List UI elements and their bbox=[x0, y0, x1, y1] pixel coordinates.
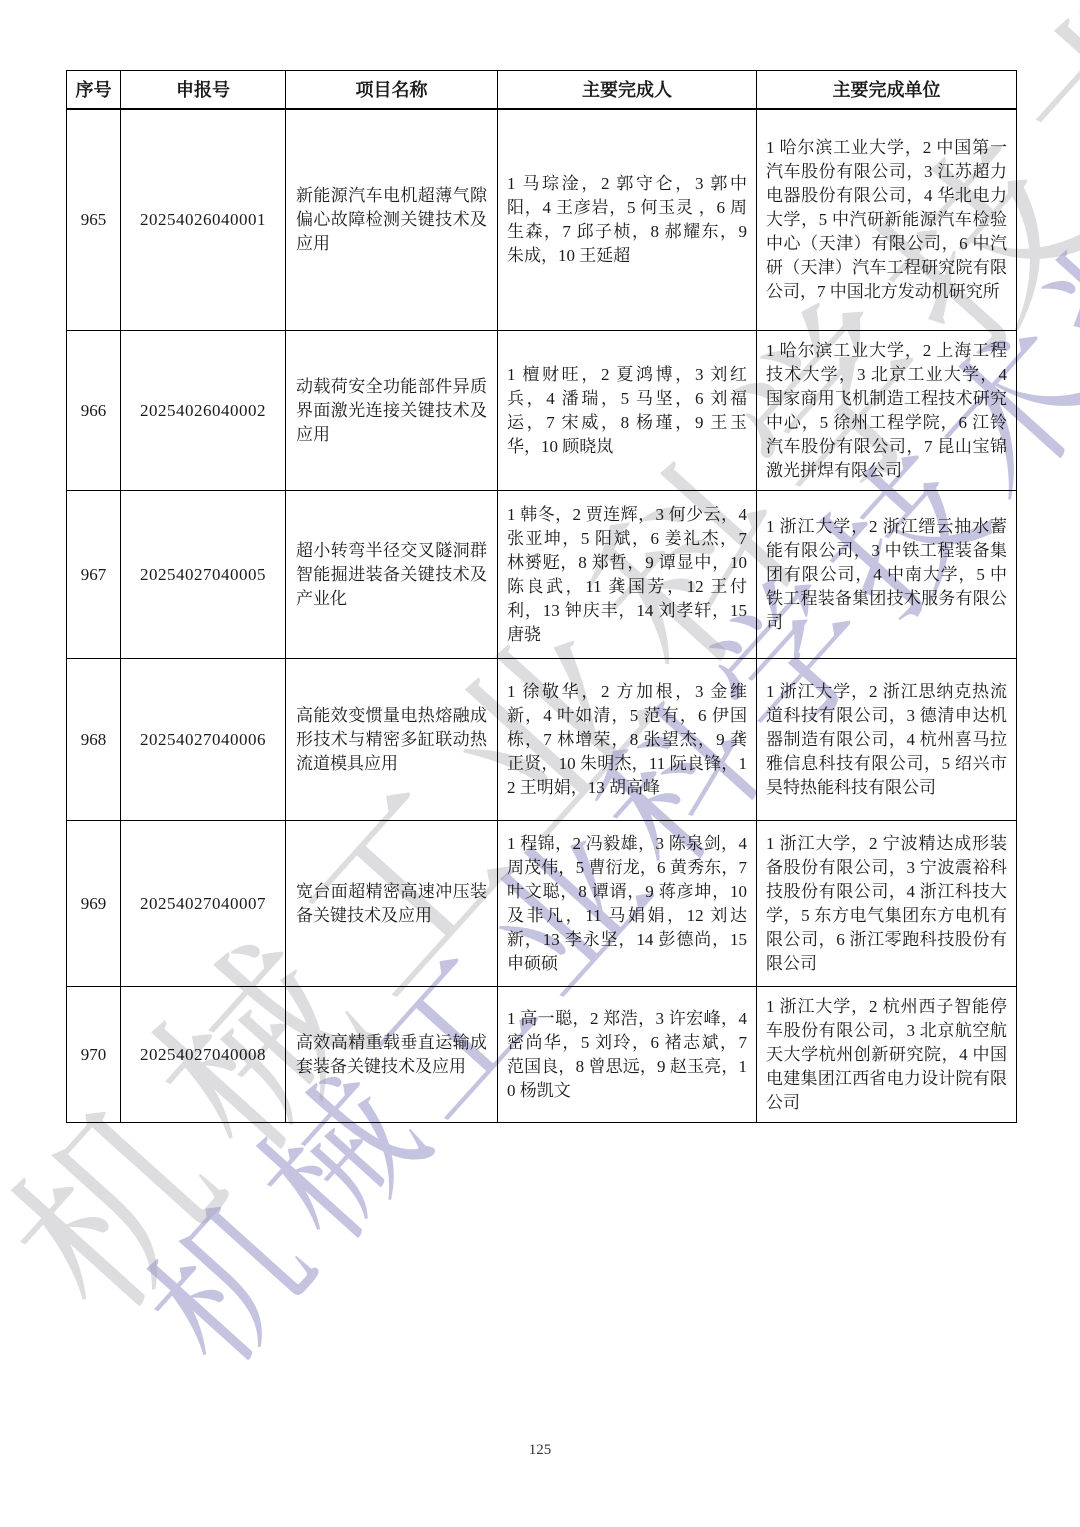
award-table-container: 序号 申报号 项目名称 主要完成人 主要完成单位 965 20254026040… bbox=[66, 70, 1016, 1123]
award-table: 序号 申报号 项目名称 主要完成人 主要完成单位 965 20254026040… bbox=[66, 70, 1017, 1123]
organizations-cell: 1 浙江大学，2 杭州西子智能停车股份有限公司，3 北京航空航天大学杭州创新研究… bbox=[757, 987, 1017, 1123]
serial-cell: 965 bbox=[67, 109, 121, 331]
header-app-no: 申报号 bbox=[121, 71, 286, 109]
table-row: 969 20254027040007 宽台面超精密高速冲压装备关键技术及应用 1… bbox=[67, 821, 1017, 987]
app-no-cell: 20254027040005 bbox=[121, 491, 286, 659]
project-name-cell: 新能源汽车电机超薄气隙偏心故障检测关键技术及应用 bbox=[286, 109, 498, 331]
contributors-cell: 1 檀财旺，2 夏鸿博，3 刘红兵，4 潘瑞，5 马坚，6 刘福运，7 宋威，8… bbox=[498, 331, 757, 491]
table-row: 966 20254026040002 动载荷安全功能部件异质界面激光连接关键技术… bbox=[67, 331, 1017, 491]
table-row: 970 20254027040008 高效高精重载垂直运输成套装备关键技术及应用… bbox=[67, 987, 1017, 1123]
project-name-cell: 超小转弯半径交叉隧洞群智能掘进装备关键技术及产业化 bbox=[286, 491, 498, 659]
app-no-cell: 20254027040007 bbox=[121, 821, 286, 987]
app-no-cell: 20254027040008 bbox=[121, 987, 286, 1123]
organizations-cell: 1 浙江大学，2 浙江思纳克热流道科技有限公司，3 德清申达机器制造有限公司，4… bbox=[757, 659, 1017, 821]
table-row: 968 20254027040006 高能效变惯量电热熔融成形技术与精密多缸联动… bbox=[67, 659, 1017, 821]
project-name-cell: 宽台面超精密高速冲压装备关键技术及应用 bbox=[286, 821, 498, 987]
header-serial: 序号 bbox=[67, 71, 121, 109]
header-organizations: 主要完成单位 bbox=[757, 71, 1017, 109]
contributors-cell: 1 徐敬华，2 方加根，3 金维新，4 叶如清，5 范有，6 伊国栋，7 林增荣… bbox=[498, 659, 757, 821]
serial-cell: 967 bbox=[67, 491, 121, 659]
organizations-cell: 1 哈尔滨工业大学，2 中国第一汽车股份有限公司，3 江苏超力电器股份有限公司，… bbox=[757, 109, 1017, 331]
project-name-cell: 高效高精重载垂直运输成套装备关键技术及应用 bbox=[286, 987, 498, 1123]
organizations-cell: 1 浙江大学，2 浙江缙云抽水蓄能有限公司，3 中铁工程装备集团有限公司，4 中… bbox=[757, 491, 1017, 659]
serial-cell: 970 bbox=[67, 987, 121, 1123]
serial-cell: 968 bbox=[67, 659, 121, 821]
app-no-cell: 20254026040001 bbox=[121, 109, 286, 331]
contributors-cell: 1 程锦，2 冯毅雄，3 陈泉剑，4 周茂伟，5 曹衍龙，6 黄秀东，7 叶文聪… bbox=[498, 821, 757, 987]
app-no-cell: 20254027040006 bbox=[121, 659, 286, 821]
serial-cell: 969 bbox=[67, 821, 121, 987]
contributors-cell: 1 马琮淦，2 郭守仑，3 郭中阳，4 王彦岩，5 何玉灵 ，6 周生森，7 邱… bbox=[498, 109, 757, 331]
header-project-name: 项目名称 bbox=[286, 71, 498, 109]
header-contributors: 主要完成人 bbox=[498, 71, 757, 109]
project-name-cell: 高能效变惯量电热熔融成形技术与精密多缸联动热流道模具应用 bbox=[286, 659, 498, 821]
organizations-cell: 1 哈尔滨工业大学，2 上海工程技术大学，3 北京工业大学，4 国家商用飞机制造… bbox=[757, 331, 1017, 491]
contributors-cell: 1 高一聪，2 郑浩，3 许宏峰，4 密尚华，5 刘玲，6 褚志斌，7 范国良，… bbox=[498, 987, 757, 1123]
table-row: 967 20254027040005 超小转弯半径交叉隧洞群智能掘进装备关键技术… bbox=[67, 491, 1017, 659]
contributors-cell: 1 韩冬，2 贾连辉，3 何少云，4 张亚坤，5 阳斌，6 姜礼杰，7 林赟觃，… bbox=[498, 491, 757, 659]
project-name-cell: 动载荷安全功能部件异质界面激光连接关键技术及应用 bbox=[286, 331, 498, 491]
page-number: 125 bbox=[0, 1442, 1080, 1459]
header-row: 序号 申报号 项目名称 主要完成人 主要完成单位 bbox=[67, 71, 1017, 109]
organizations-cell: 1 浙江大学，2 宁波精达成形装备股份有限公司，3 宁波震裕科技股份有限公司，4… bbox=[757, 821, 1017, 987]
table-row: 965 20254026040001 新能源汽车电机超薄气隙偏心故障检测关键技术… bbox=[67, 109, 1017, 331]
app-no-cell: 20254026040002 bbox=[121, 331, 286, 491]
serial-cell: 966 bbox=[67, 331, 121, 491]
